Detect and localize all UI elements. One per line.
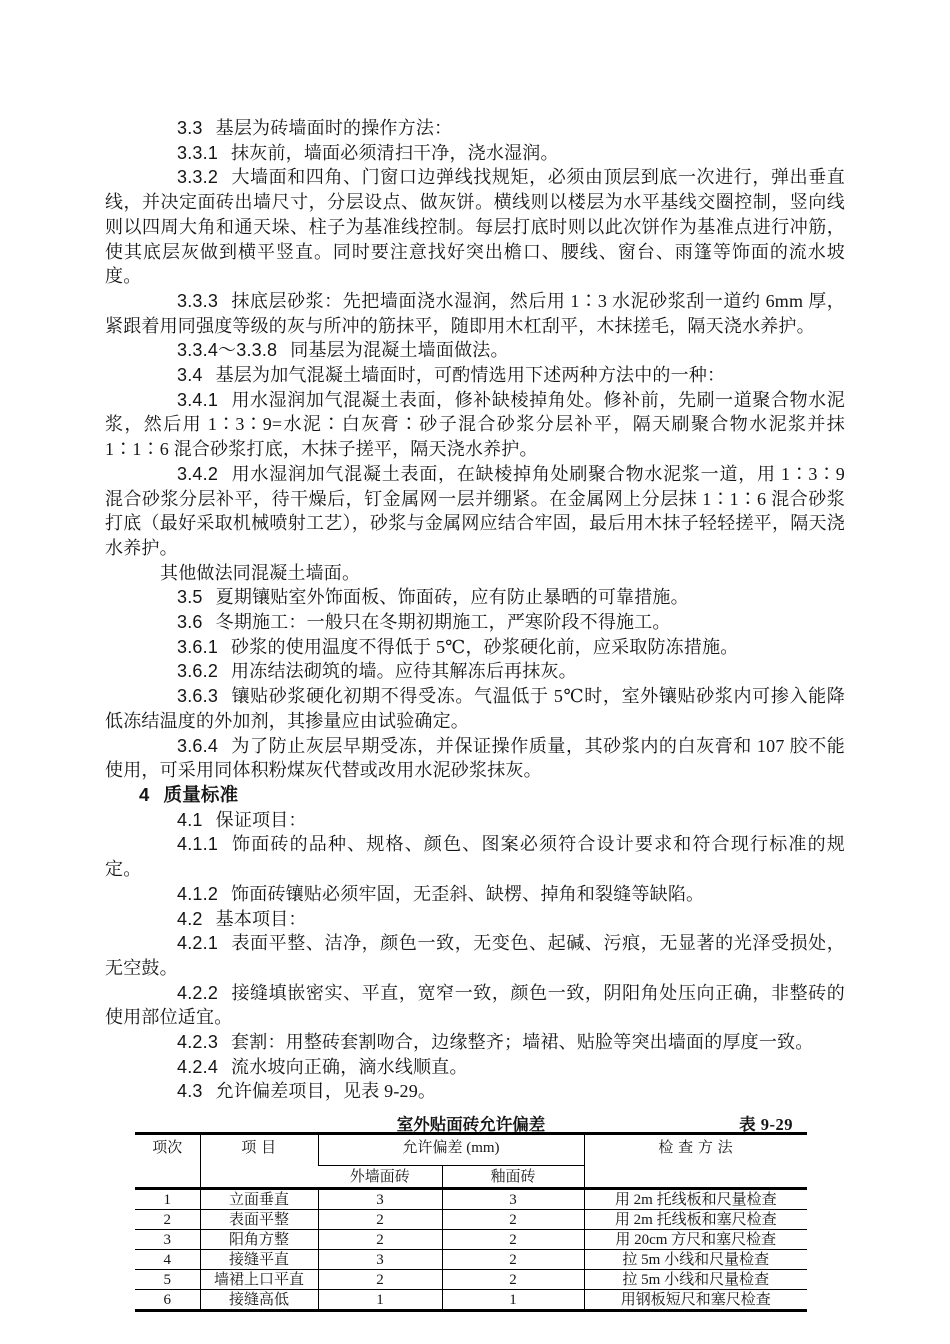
clause-text: 套割：用整砖套割吻合，边缘整齐；墙裙、贴脸等突出墙面的厚度一致。: [231, 1032, 813, 1052]
clause-text: 抹灰前，墙面必须清扫干净，浇水湿润。: [231, 143, 559, 163]
cell-exterior: 3: [318, 1250, 442, 1270]
cell-exterior: 3: [318, 1189, 442, 1210]
clause-text: 饰面砖镶贴必须牢固，无歪斜、缺楞、掉角和裂缝等缺陷。: [231, 884, 704, 904]
clause-4-1: 4.1保证项目：: [105, 808, 845, 833]
clause-text: 允许偏差项目，见表 9-29。: [216, 1081, 437, 1101]
clause-text: 夏期镶贴室外饰面板、饰面砖，应有防止暴晒的可靠措施。: [216, 587, 689, 607]
clause-number: 3.3.2: [177, 167, 218, 187]
clause-number: 4.3: [177, 1081, 203, 1101]
cell-index: 5: [135, 1270, 200, 1290]
subheader-exterior-tile: 外墙面砖: [318, 1166, 442, 1189]
table-row: 1 立面垂直 3 3 用 2m 托线板和尺量检查: [135, 1189, 807, 1210]
table-row: 6 接缝高低 1 1 用钢板短尺和塞尺检查: [135, 1290, 807, 1311]
clause-number: 3.6.4: [177, 736, 218, 756]
clause-number: 4.1: [177, 810, 203, 830]
clause-number: 3.6.3: [177, 686, 218, 706]
clause-number: 3.3.4～3.3.8: [177, 340, 277, 360]
clause-number: 3.4.1: [177, 390, 218, 410]
cell-glazed: 3: [442, 1189, 584, 1210]
cell-exterior: 2: [318, 1270, 442, 1290]
clause-number: 4.2.4: [177, 1057, 218, 1077]
cell-item: 立面垂直: [200, 1189, 318, 1210]
clause-number: 4.1.1: [177, 834, 218, 854]
clause-text: 其他做法同混凝土墙面。: [160, 563, 360, 583]
clause-4-2-1: 4.2.1表面平整、洁净，颜色一致，无变色、起碱、污痕，无显著的光泽受损处，无空…: [105, 931, 845, 980]
clause-number: 4.2.3: [177, 1032, 218, 1052]
clause-number: 3.6.2: [177, 661, 218, 681]
cell-item: 阳角方整: [200, 1230, 318, 1250]
clause-text: 基层为加气混凝土墙面时，可酌情选用下述两种方法中的一种：: [216, 365, 726, 385]
clause-text: 基层为砖墙面时的操作方法：: [216, 118, 453, 138]
cell-exterior: 2: [318, 1230, 442, 1250]
clause-3-3-1: 3.3.1抹灰前，墙面必须清扫干净，浇水湿润。: [105, 141, 845, 166]
header-tolerance: 允许偏差 (mm): [318, 1134, 584, 1166]
table-header: 项次 项 目 允许偏差 (mm) 检 查 方 法 外墙面砖 釉面砖: [135, 1134, 807, 1189]
cell-item: 墙裙上口平直: [200, 1270, 318, 1290]
cell-index: 1: [135, 1189, 200, 1210]
clause-number: 3.3.3: [177, 291, 218, 311]
clause-text: 流水坡向正确，滴水线顺直。: [231, 1057, 468, 1077]
cell-method: 用 2m 托线板和尺量检查: [584, 1189, 807, 1210]
cell-glazed: 2: [442, 1230, 584, 1250]
clause-3-6-4: 3.6.4为了防止灰层早期受冻，并保证操作质量，其砂浆内的白灰膏和 107 胶不…: [105, 734, 845, 783]
cell-glazed: 2: [442, 1210, 584, 1230]
clause-3-6: 3.6冬期施工：一般只在冬期初期施工，严寒阶段不得施工。: [105, 610, 845, 635]
clause-4-1-1: 4.1.1饰面砖的品种、规格、颜色、图案必须符合设计要求和符合现行标准的规定。: [105, 832, 845, 881]
clause-text: 冬期施工：一般只在冬期初期施工，严寒阶段不得施工。: [216, 612, 671, 632]
clause-number: 4.2: [177, 909, 203, 929]
cell-index: 4: [135, 1250, 200, 1270]
cell-method: 用 20cm 方尺和塞尺检查: [584, 1230, 807, 1250]
cell-method: 拉 5m 小线和尺量检查: [584, 1270, 807, 1290]
cell-glazed: 1: [442, 1290, 584, 1311]
clause-text: 同基层为混凝土墙面做法。: [290, 340, 508, 360]
cell-index: 6: [135, 1290, 200, 1311]
table-body: 1 立面垂直 3 3 用 2m 托线板和尺量检查 2 表面平整 2 2 用 2m…: [135, 1189, 807, 1311]
clause-number: 3.3: [177, 118, 203, 138]
cell-item: 接缝平直: [200, 1250, 318, 1270]
table-number-label: 表 9-29: [739, 1111, 793, 1135]
clause-text: 基本项目：: [216, 909, 307, 929]
clause-4-2-4: 4.2.4流水坡向正确，滴水线顺直。: [105, 1055, 845, 1080]
table-row: 3 阳角方整 2 2 用 20cm 方尺和塞尺检查: [135, 1230, 807, 1250]
clause-number: 4.1.2: [177, 884, 218, 904]
clause-number: 3.5: [177, 587, 203, 607]
cell-method: 用 2m 托线板和塞尺检查: [584, 1210, 807, 1230]
clause-number: 3.4: [177, 365, 203, 385]
header-item: 项 目: [200, 1134, 318, 1189]
clause-number: 3.6.1: [177, 637, 218, 657]
cell-item: 接缝高低: [200, 1290, 318, 1311]
clause-3-6-2: 3.6.2用冻结法砌筑的墙。应待其解冻后再抹灰。: [105, 659, 845, 684]
table-row: 2 表面平整 2 2 用 2m 托线板和塞尺检查: [135, 1210, 807, 1230]
header-index: 项次: [135, 1134, 200, 1189]
section-number: 4: [139, 784, 150, 805]
cell-exterior: 1: [318, 1290, 442, 1311]
subheader-glazed-tile: 釉面砖: [442, 1166, 584, 1189]
allowed-deviation-table: 项次 项 目 允许偏差 (mm) 检 查 方 法 外墙面砖 釉面砖 1 立面垂直: [135, 1132, 807, 1312]
clause-4-1-2: 4.1.2饰面砖镶贴必须牢固，无歪斜、缺楞、掉角和裂缝等缺陷。: [105, 882, 845, 907]
cell-glazed: 2: [442, 1270, 584, 1290]
clause-3-4: 3.4基层为加气混凝土墙面时，可酌情选用下述两种方法中的一种：: [105, 363, 845, 388]
clause-3-6-3: 3.6.3镶贴砂浆硬化初期不得受冻。气温低于 5℃时，室外镶贴砂浆内可掺入能降低…: [105, 684, 845, 733]
clause-number: 4.2.1: [177, 933, 218, 953]
clause-3-4-2: 3.4.2用水湿润加气混凝土表面，在缺棱掉角处刷聚合物水泥浆一道，用 1∶3∶9…: [105, 462, 845, 561]
table-caption: 室外贴面砖允许偏差 表 9-29: [135, 1111, 807, 1132]
clause-number: 3.4.2: [177, 464, 218, 484]
clause-3-3-3: 3.3.3抹底层砂浆：先把墙面浇水湿润，然后用 1∶3 水泥砂浆刮一道约 6mm…: [105, 289, 845, 338]
clause-4-3: 4.3允许偏差项目，见表 9-29。: [105, 1079, 845, 1104]
cell-exterior: 2: [318, 1210, 442, 1230]
table-row: 4 接缝平直 3 2 拉 5m 小线和尺量检查: [135, 1250, 807, 1270]
deviation-table-block: 室外贴面砖允许偏差 表 9-29 项次 项 目 允许偏差 (mm) 检 查 方 …: [135, 1111, 807, 1312]
clause-text: 砂浆的使用温度不得低于 5℃，砂浆硬化前，应采取防冻措施。: [231, 637, 738, 657]
clause-3-3-2: 3.3.2大墙面和四角、门窗口边弹线找规矩，必须由顶层到底一次进行，弹出垂直线，…: [105, 165, 845, 289]
cell-method: 用钢板短尺和塞尺检查: [584, 1290, 807, 1311]
clause-3-5: 3.5夏期镶贴室外饰面板、饰面砖，应有防止暴晒的可靠措施。: [105, 585, 845, 610]
clause-3-4-1: 3.4.1用水湿润加气混凝土表面，修补缺棱掉角处。修补前，先刷一道聚合物水泥浆，…: [105, 388, 845, 462]
clause-text: 用冻结法砌筑的墙。应待其解冻后再抹灰。: [231, 661, 577, 681]
clause-text: 保证项目：: [216, 810, 307, 830]
cell-index: 3: [135, 1230, 200, 1250]
cell-item: 表面平整: [200, 1210, 318, 1230]
clause-3-6-1: 3.6.1砂浆的使用温度不得低于 5℃，砂浆硬化前，应采取防冻措施。: [105, 635, 845, 660]
cell-index: 2: [135, 1210, 200, 1230]
header-method: 检 查 方 法: [584, 1134, 807, 1189]
document-page: 3.3基层为砖墙面时的操作方法： 3.3.1抹灰前，墙面必须清扫干净，浇水湿润。…: [0, 0, 950, 1344]
section-title: 质量标准: [164, 784, 239, 805]
clause-3-3: 3.3基层为砖墙面时的操作方法：: [105, 116, 845, 141]
section-heading-quality-standard: 4质量标准: [105, 783, 845, 808]
clause-4-2-3: 4.2.3套割：用整砖套割吻合，边缘整齐；墙裙、贴脸等突出墙面的厚度一致。: [105, 1030, 845, 1055]
table-title: 室外贴面砖允许偏差: [135, 1111, 807, 1135]
note-other-methods: 其他做法同混凝土墙面。: [105, 561, 845, 586]
document-body: 3.3基层为砖墙面时的操作方法： 3.3.1抹灰前，墙面必须清扫干净，浇水湿润。…: [105, 116, 845, 1312]
clause-number: 3.3.1: [177, 143, 218, 163]
cell-method: 拉 5m 小线和尺量检查: [584, 1250, 807, 1270]
clause-4-2-2: 4.2.2接缝填嵌密实、平直，宽窄一致，颜色一致，阴阳角处压向正确，非整砖的使用…: [105, 981, 845, 1030]
cell-glazed: 2: [442, 1250, 584, 1270]
clause-3-3-4-to-3-3-8: 3.3.4～3.3.8同基层为混凝土墙面做法。: [105, 338, 845, 363]
clause-number: 4.2.2: [177, 983, 218, 1003]
clause-number: 3.6: [177, 612, 203, 632]
table-row: 5 墙裙上口平直 2 2 拉 5m 小线和尺量检查: [135, 1270, 807, 1290]
clause-4-2: 4.2基本项目：: [105, 907, 845, 932]
